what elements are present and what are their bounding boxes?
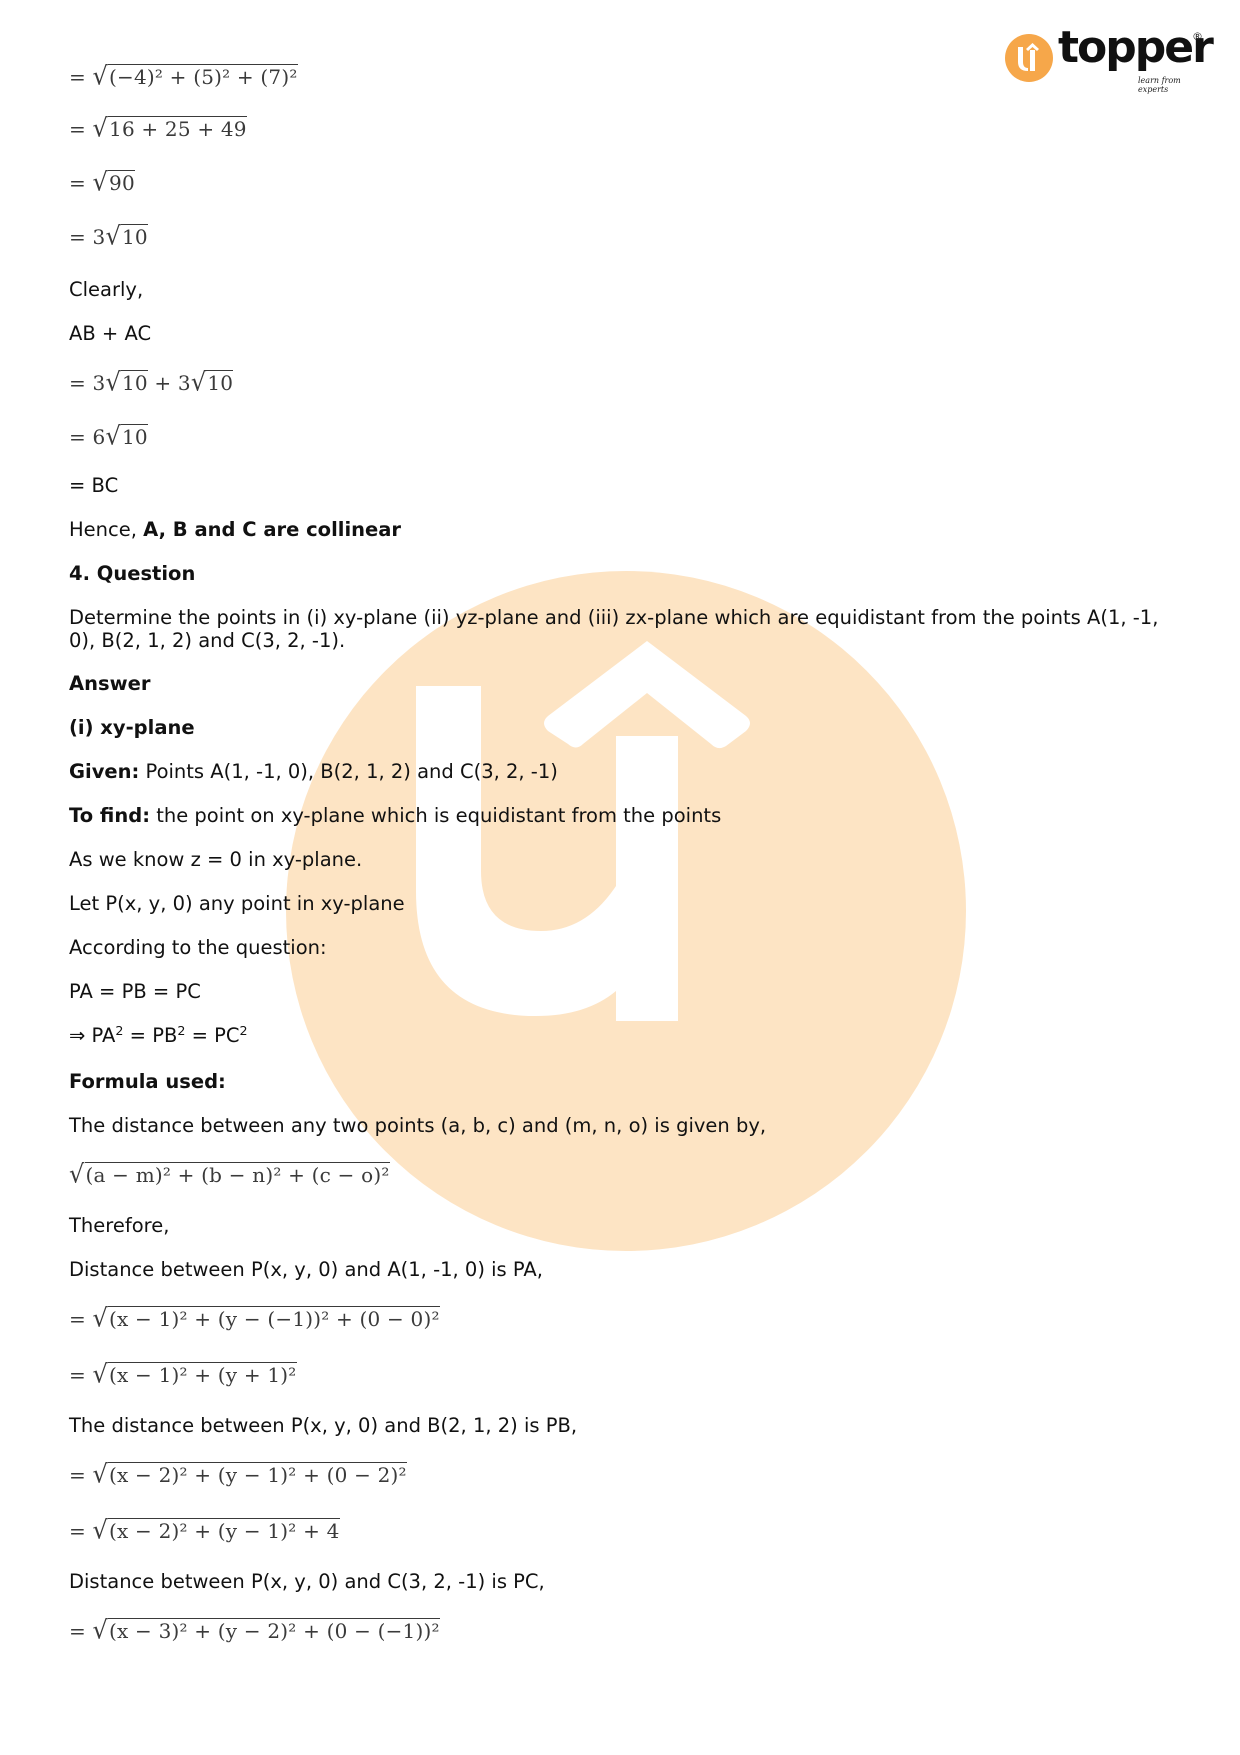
- math-line: = 3√10 + 3√10: [69, 370, 233, 395]
- text-line: Therefore,: [69, 1214, 169, 1238]
- square-root: √10: [105, 424, 147, 449]
- text-line: As we know z = 0 in xy-plane.: [69, 848, 362, 872]
- math-line: = 6√10: [69, 424, 148, 449]
- math-line: = √(x − 1)² + (y − (−1))² + (0 − 0)²: [69, 1306, 440, 1331]
- math-line: = 3√10: [69, 224, 148, 249]
- question-text: Determine the points in (i) xy-plane (ii…: [69, 606, 1179, 652]
- math-line: = √(−4)² + (5)² + (7)²: [69, 64, 298, 89]
- math-line: = √(x − 3)² + (y − 2)² + (0 − (−1))²: [69, 1618, 440, 1643]
- logo-badge-icon: [1005, 34, 1053, 82]
- answer-heading: Answer: [69, 672, 150, 696]
- text-line: Distance between P(x, y, 0) and C(3, 2, …: [69, 1570, 545, 1594]
- question-heading: 4. Question: [69, 562, 195, 586]
- square-root: √(x − 1)² + (y − (−1))² + (0 − 0)²: [93, 1306, 440, 1331]
- square-root: √(−4)² + (5)² + (7)²: [93, 64, 298, 89]
- text-line: = BC: [69, 474, 118, 498]
- registered-mark: ®: [1192, 30, 1203, 43]
- formula-line: √(a − m)² + (b − n)² + (c − o)²: [69, 1162, 390, 1187]
- math-line: = √16 + 25 + 49: [69, 116, 247, 141]
- squared-equation-line: ⇒ PA2 = PB2 = PC2: [69, 1024, 248, 1048]
- square-root: √(x − 3)² + (y − 2)² + (0 − (−1))²: [93, 1618, 440, 1643]
- text-line: Distance between P(x, y, 0) and A(1, -1,…: [69, 1258, 543, 1282]
- text-line: Clearly,: [69, 278, 143, 302]
- math-line: = √(x − 1)² + (y + 1)²: [69, 1362, 297, 1387]
- square-root: √(x − 2)² + (y − 1)² + 4: [93, 1518, 340, 1543]
- given-line: Given: Points A(1, -1, 0), B(2, 1, 2) an…: [69, 760, 558, 784]
- square-root: √10: [105, 370, 147, 395]
- square-root: √90: [93, 170, 135, 195]
- text-line: PA = PB = PC: [69, 980, 201, 1004]
- text-line: The distance between P(x, y, 0) and B(2,…: [69, 1414, 577, 1438]
- square-root: √(x − 2)² + (y − 1)² + (0 − 2)²: [93, 1462, 407, 1487]
- text-line: According to the question:: [69, 936, 327, 960]
- logo-wordmark: topper: [1058, 22, 1212, 73]
- brand-logo: topper ® learn from experts: [1005, 28, 1205, 92]
- formula-heading: Formula used:: [69, 1070, 226, 1094]
- text-line: Let P(x, y, 0) any point in xy-plane: [69, 892, 405, 916]
- part-heading: (i) xy-plane: [69, 716, 195, 740]
- to-find-line: To find: the point on xy-plane which is …: [69, 804, 721, 828]
- math-line: = √(x − 2)² + (y − 1)² + (0 − 2)²: [69, 1462, 407, 1487]
- square-root: √16 + 25 + 49: [93, 116, 247, 141]
- square-root: √(a − m)² + (b − n)² + (c − o)²: [69, 1162, 390, 1187]
- conclusion-line: Hence, A, B and C are collinear: [69, 518, 401, 542]
- text-line: The distance between any two points (a, …: [69, 1114, 766, 1138]
- math-line: = √90: [69, 170, 135, 195]
- square-root: √10: [191, 370, 233, 395]
- square-root: √10: [105, 224, 147, 249]
- square-root: √(x − 1)² + (y + 1)²: [93, 1362, 297, 1387]
- text-line: AB + AC: [69, 322, 151, 346]
- logo-tagline: learn from experts: [1138, 76, 1205, 94]
- math-line: = √(x − 2)² + (y − 1)² + 4: [69, 1518, 340, 1543]
